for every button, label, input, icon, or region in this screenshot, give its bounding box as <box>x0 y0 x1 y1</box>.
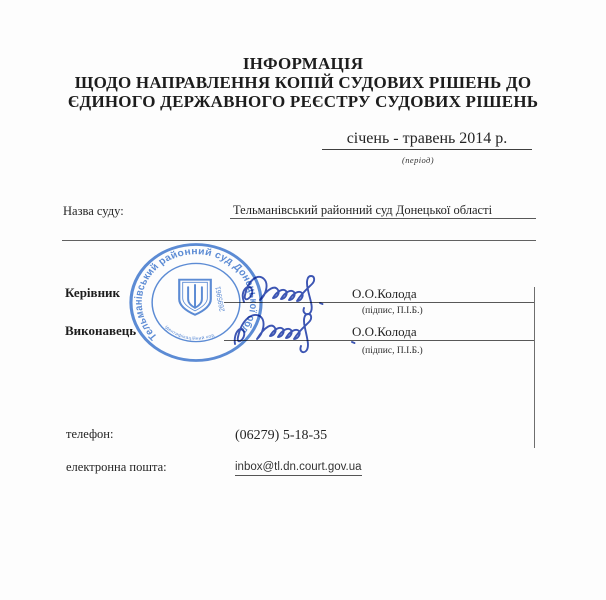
title-line-3: ЄДИНОГО ДЕРЖАВНОГО РЕЄСТРУ СУДОВИХ РІШЕН… <box>0 93 606 112</box>
period-caption: (період) <box>322 155 514 165</box>
scanned-court-document: ІНФОРМАЦІЯ ЩОДО НАПРАВЛЕННЯ КОПІЙ СУДОВИ… <box>0 0 606 600</box>
court-name-label: Назва суду: <box>63 204 124 219</box>
stamp-bottom-text: ідентифікаційний код <box>164 325 215 341</box>
trident-icon <box>188 285 202 308</box>
signature-executor-dot <box>352 342 355 343</box>
email-label: електронна пошта: <box>66 460 167 475</box>
title-line-1: ІНФОРМАЦІЯ <box>0 55 606 74</box>
phone-label: телефон: <box>66 427 113 442</box>
signature-executor <box>235 314 311 352</box>
signature-head <box>243 276 314 314</box>
court-name-value: Тельманівський районний суд Донецької об… <box>233 203 492 218</box>
title-line-2: ЩОДО НАПРАВЛЕННЯ КОПІЙ СУДОВИХ РІШЕНЬ ДО <box>0 74 606 93</box>
signatory-role-head: Керівник <box>65 285 120 301</box>
signature-head-dot <box>320 303 323 304</box>
period-value: січень - травень 2014 р. <box>347 130 508 147</box>
handwritten-signatures <box>218 262 378 362</box>
table-cell-border <box>534 287 535 448</box>
signatory-role-executor: Виконавець <box>65 323 136 339</box>
coat-of-arms-shield <box>179 280 211 315</box>
period-field: січень - травень 2014 р. <box>322 130 532 150</box>
document-title: ІНФОРМАЦІЯ ЩОДО НАПРАВЛЕННЯ КОПІЙ СУДОВИ… <box>0 55 606 111</box>
phone-value: (06279) 5-18-35 <box>235 428 327 444</box>
court-name-underline <box>230 218 536 219</box>
email-value: inbox@tl.dn.court.gov.ua <box>235 461 362 476</box>
signatures-svg <box>218 262 378 362</box>
